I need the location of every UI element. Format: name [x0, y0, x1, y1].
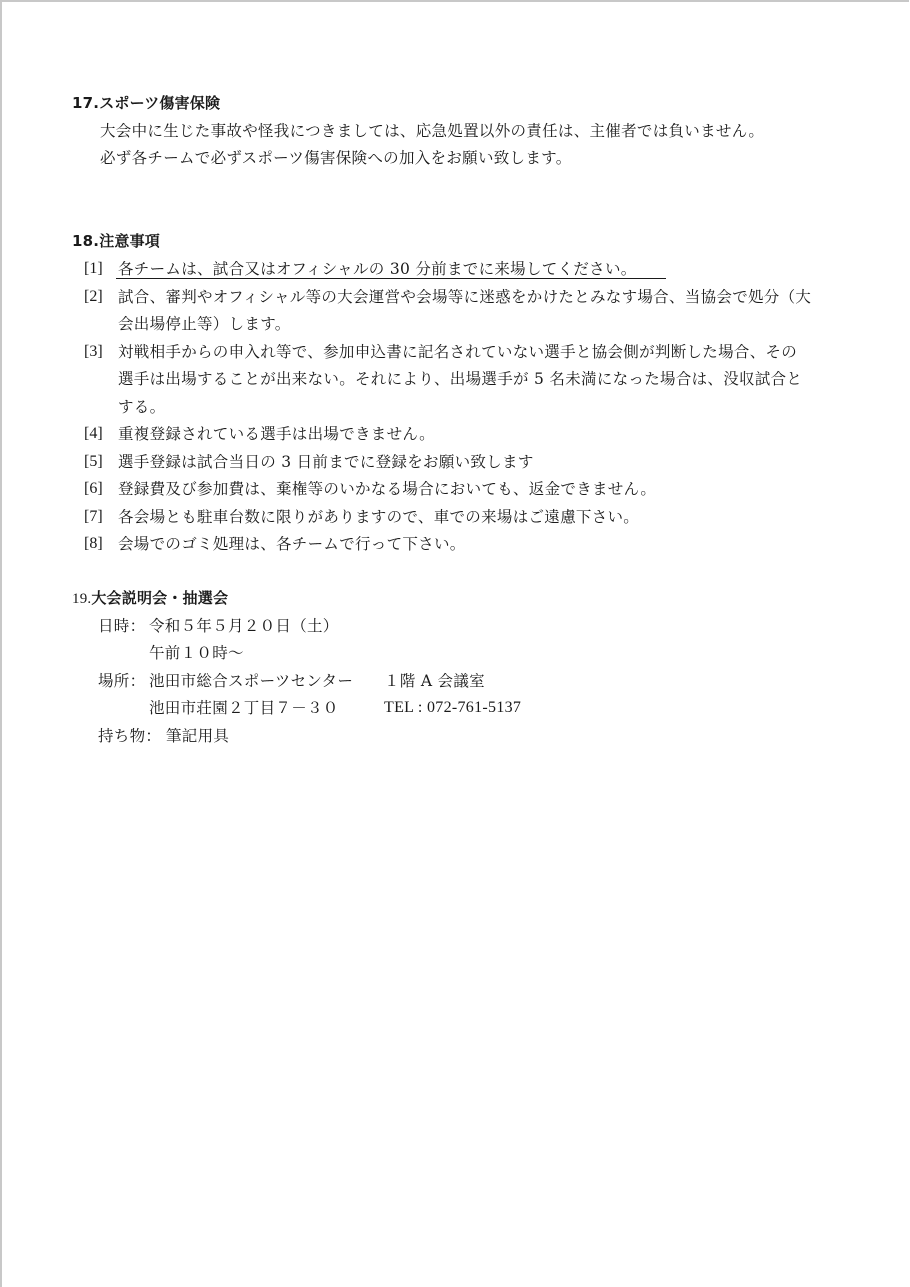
item-3-line-2: 選手は出場することが出来ない。それにより、出場選手が 5 名未満になった場合は、… [118, 369, 802, 389]
item-2-line-2: 会出場停止等）します。 [118, 314, 291, 334]
place-line-2: 池田市荘園２丁目７－３０ [149, 698, 339, 718]
item-4-text: 重複登録されている選手は出場できません。 [118, 424, 435, 444]
item-8-marker: [8] [84, 534, 103, 554]
item-5-marker: [5] [84, 452, 103, 472]
section-19-heading: 19.大会説明会・抽選会 [72, 588, 228, 609]
section-18-heading: 18.注意事項 [72, 231, 160, 251]
section-19-title: 大会説明会・抽選会 [91, 589, 228, 607]
place-label: 場所： [98, 671, 145, 691]
tel-number: TEL : 072-761-5137 [384, 698, 521, 718]
section-17-heading: 17.スポーツ傷害保険 [72, 93, 220, 113]
place-line-1: 池田市総合スポーツセンター [149, 671, 353, 691]
datetime-label: 日時： [98, 616, 145, 636]
item-1-marker: [1] [84, 259, 103, 279]
item-5-text: 選手登録は試合当日の 3 日前までに登録をお願い致します [118, 452, 534, 472]
datetime-line-2: 午前１０時～ [149, 643, 244, 663]
datetime-line-1: 令和５年５月２０日（土） [149, 616, 339, 636]
document-page: 17.スポーツ傷害保険 大会中に生じた事故や怪我につきましては、応急処置以外の責… [0, 0, 909, 1287]
items-value: 筆記用具 [166, 726, 229, 746]
item-3-marker: [3] [84, 342, 103, 362]
item-7-text: 各会場とも駐車台数に限りがありますので、車での来場はご遠慮下さい。 [118, 507, 639, 527]
item-7-marker: [7] [84, 507, 103, 527]
item-6-text: 登録費及び参加費は、棄権等のいかなる場合においても、返金できません。 [118, 479, 656, 499]
item-1-text: 各チームは、試合又はオフィシャルの 30 分前までに来場してください。 [118, 259, 637, 279]
items-label: 持ち物： [98, 726, 161, 746]
item-3-line-1: 対戦相手からの申入れ等で、参加申込書に記名されていない選手と協会側が判断した場合… [118, 342, 797, 362]
section-19-number: 19. [72, 591, 91, 607]
item-2-line-1: 試合、審判やオフィシャル等の大会運営や会場等に迷惑をかけたとみなす場合、当協会で… [118, 287, 811, 307]
section-17-line-1: 大会中に生じた事故や怪我につきましては、応急処置以外の責任は、主催者では負いませ… [100, 121, 764, 141]
item-8-text: 会場でのゴミ処理は、各チームで行って下さい。 [118, 534, 466, 554]
place-room: １階 A 会議室 [384, 671, 485, 691]
section-17-line-2: 必ず各チームで必ずスポーツ傷害保険への加入をお願い致します。 [100, 148, 572, 168]
item-4-marker: [4] [84, 424, 103, 444]
section-17-number: 17. [72, 94, 99, 112]
section-18-number: 18. [72, 232, 99, 250]
section-17-title: スポーツ傷害保険 [99, 94, 220, 112]
section-18-title: 注意事項 [99, 232, 160, 250]
item-2-marker: [2] [84, 287, 103, 307]
item-6-marker: [6] [84, 479, 103, 499]
item-3-line-3: する。 [118, 397, 165, 417]
item-1-underline [116, 278, 666, 279]
